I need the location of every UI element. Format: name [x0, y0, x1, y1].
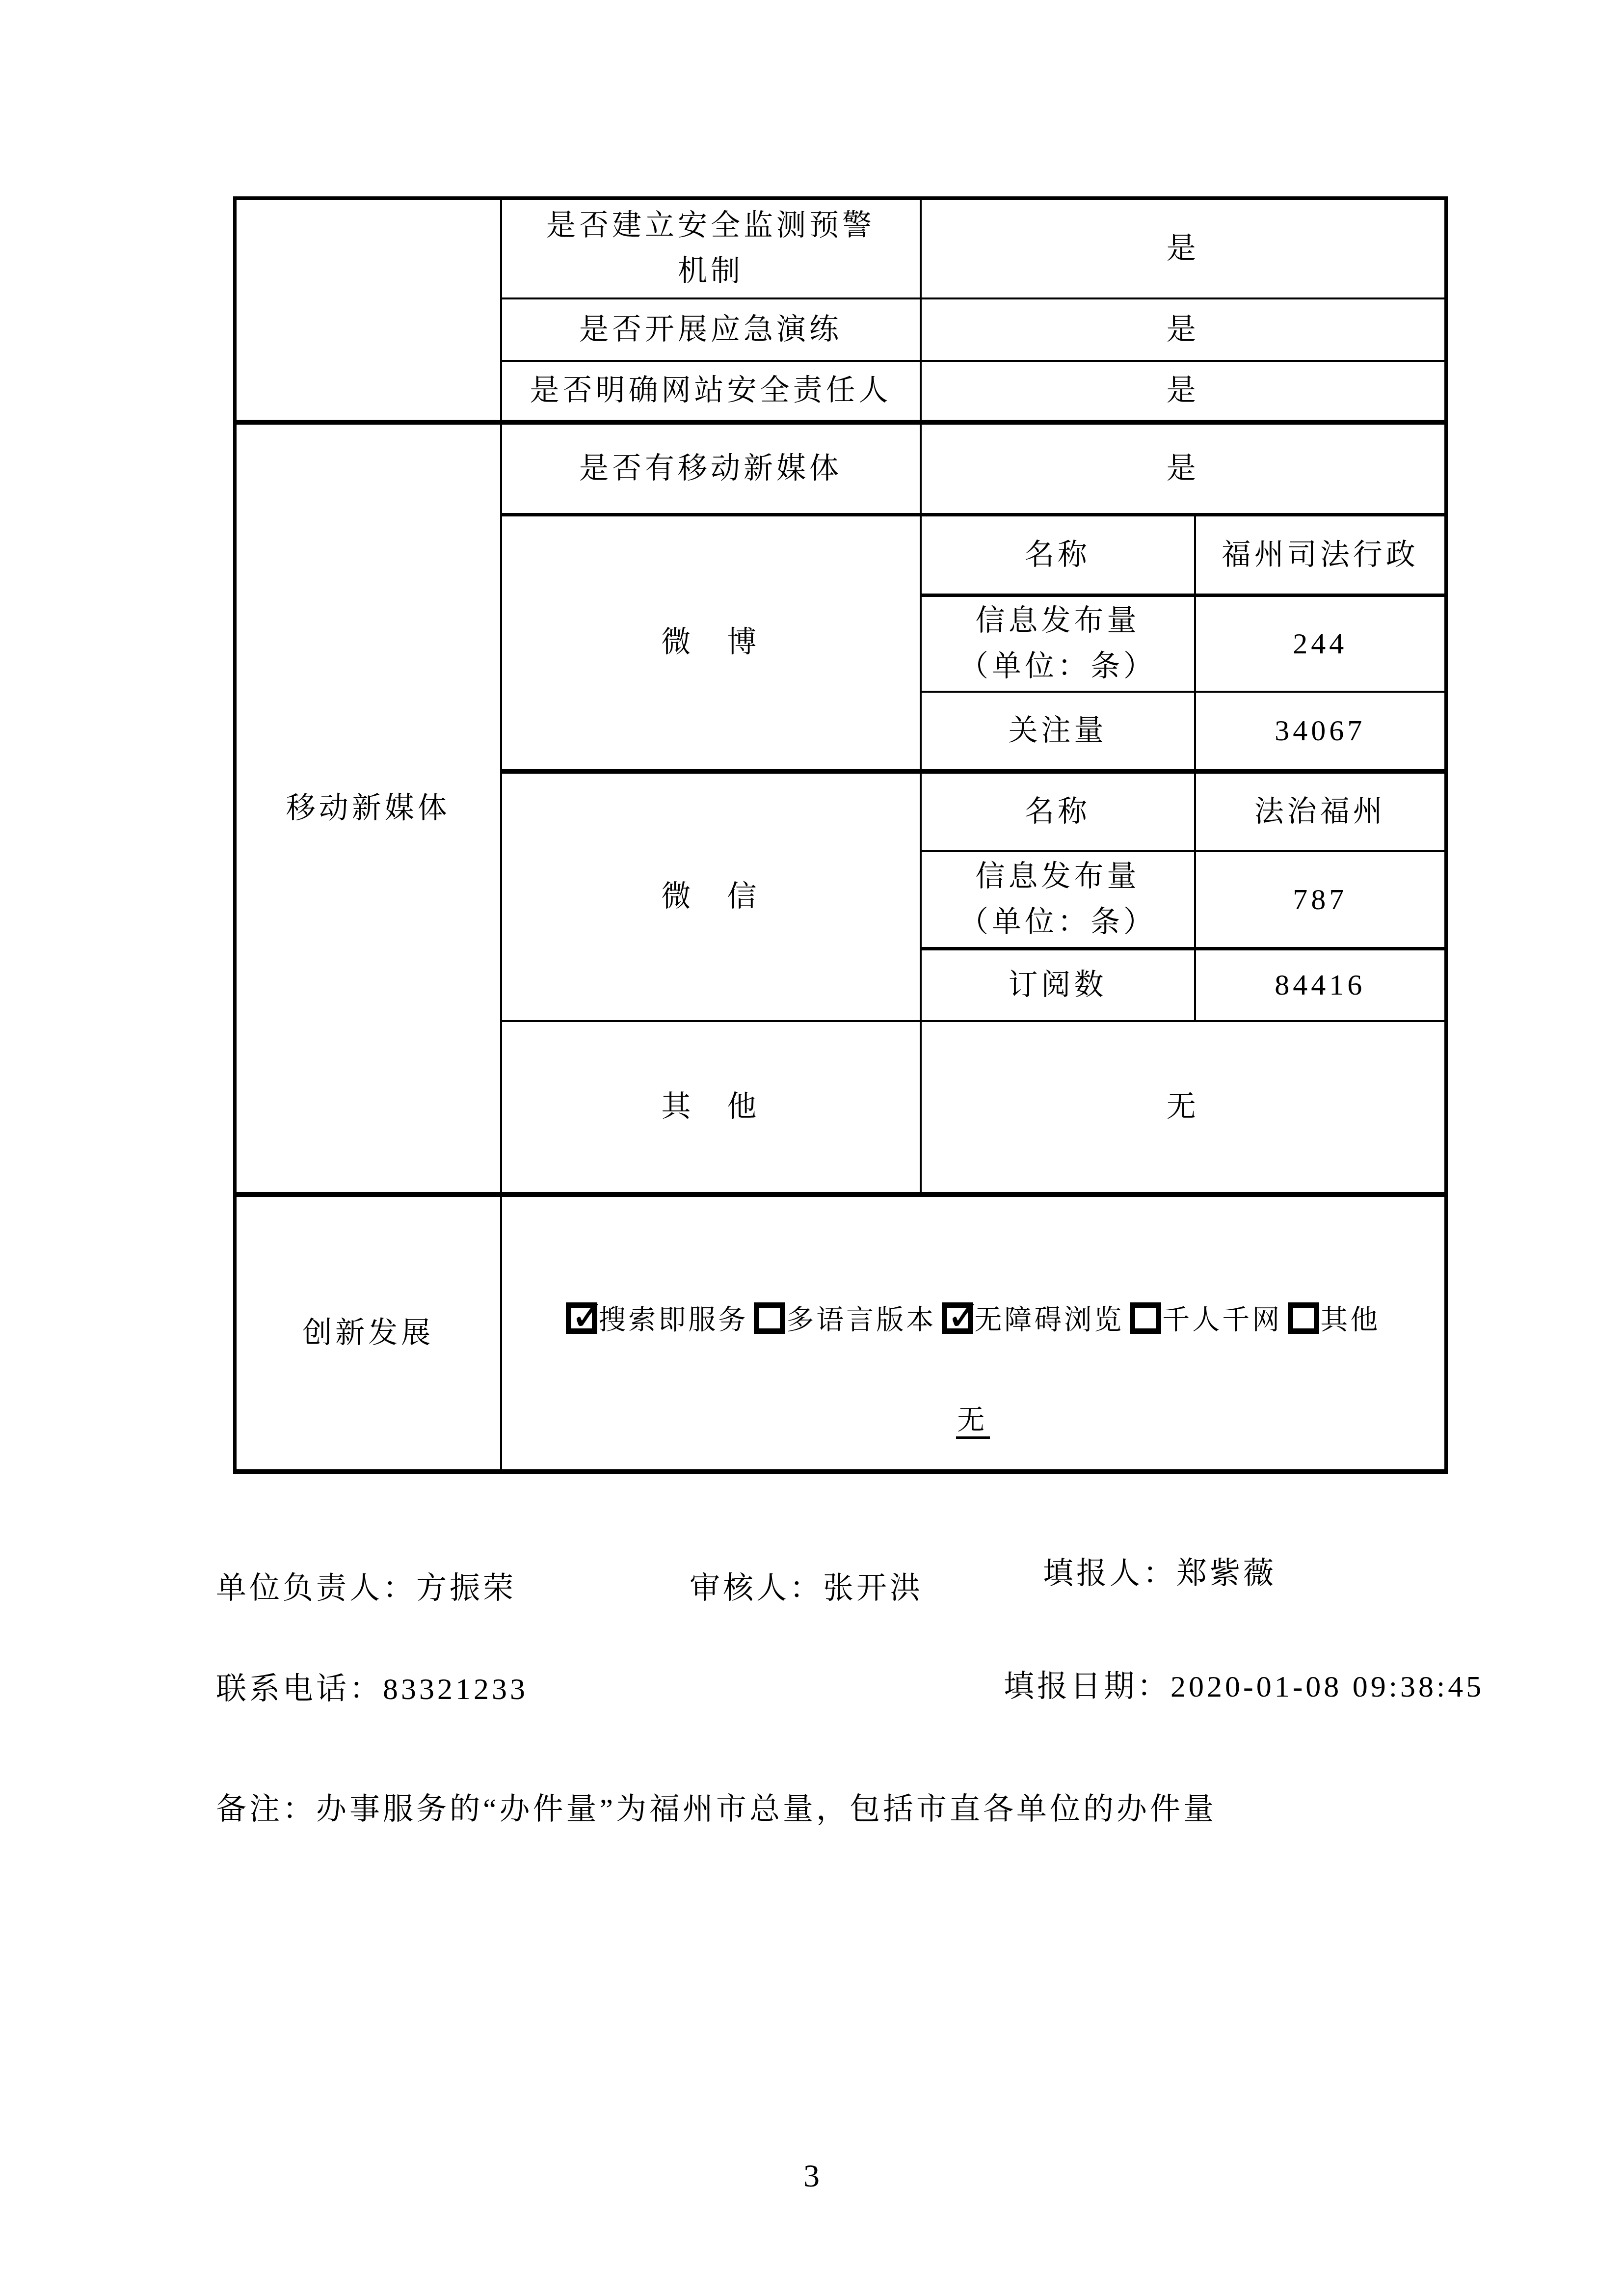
innovation-checkbox-row: ✓搜索即服务多语言版本✓无障碍浏览千人千网其他: [507, 1269, 1440, 1336]
unchecked-checkbox-icon[interactable]: [754, 1302, 785, 1334]
wechat-posts-label: 信息发布量 （单位：条）: [921, 851, 1195, 949]
wechat-name-value: 法治福州: [1195, 771, 1446, 851]
checkbox-tick: ✓: [570, 1291, 605, 1341]
annual-report-table: 是否建立安全监测预警 机制 是 是否开展应急演练 是 是否明确网站安全责任人 是…: [233, 196, 1448, 1474]
innovation-section-label: 创新发展: [235, 1194, 501, 1472]
weibo-posts-value: 244: [1195, 595, 1446, 692]
wechat-subscribers-label: 订阅数: [921, 949, 1195, 1021]
contact-phone-text: 联系电话：83321233: [216, 1664, 528, 1708]
filler-text: 填报人：郑紫薇: [1043, 1549, 1277, 1593]
weibo-name-label: 名称: [921, 515, 1195, 595]
wechat-label-cell: 微 信: [501, 771, 921, 1021]
mobile-media-answer: 是: [921, 422, 1446, 515]
innovation-option-label: 搜索即服务: [598, 1305, 748, 1335]
responsible-person-text: 单位负责人：方振荣: [216, 1564, 516, 1607]
wechat-posts-value: 787: [1195, 851, 1446, 949]
weibo-name-value: 福州司法行政: [1195, 515, 1446, 595]
checkbox-tick: ✓: [946, 1291, 981, 1341]
security-question-drill: 是否开展应急演练: [501, 298, 921, 361]
security-section-label-cell: [235, 198, 501, 422]
other-media-label: 其 他: [501, 1021, 921, 1194]
weibo-followers-value: 34067: [1195, 692, 1446, 771]
reviewer-text: 审核人：张开洪: [690, 1564, 923, 1607]
security-question-responsible: 是否明确网站安全责任人: [501, 361, 921, 422]
innovation-option-label: 千人千网: [1162, 1305, 1282, 1335]
weibo-followers-label: 关注量: [921, 692, 1195, 771]
mobile-media-question: 是否有移动新媒体: [501, 422, 921, 515]
security-question-monitoring: 是否建立安全监测预警 机制: [501, 198, 921, 298]
security-answer-drill: 是: [921, 298, 1446, 361]
other-media-value: 无: [921, 1021, 1446, 1194]
fill-date-text: 填报日期：2020-01-08 09:38:45: [1004, 1662, 1484, 1705]
checked-checkbox-icon[interactable]: ✓: [942, 1302, 973, 1334]
wechat-subscribers-value: 84416: [1195, 949, 1446, 1021]
innovation-option-label: 多语言版本: [786, 1305, 936, 1335]
checked-checkbox-icon[interactable]: ✓: [566, 1302, 597, 1334]
weibo-label-cell: 微 博: [501, 515, 921, 771]
mobile-media-section-label: 移动新媒体: [235, 422, 501, 1194]
page-number: 3: [0, 2158, 1623, 2195]
unchecked-checkbox-icon[interactable]: [1130, 1302, 1161, 1334]
innovation-options-cell: ✓搜索即服务多语言版本✓无障碍浏览千人千网其他 无: [501, 1194, 1446, 1472]
wechat-name-label: 名称: [921, 771, 1195, 851]
security-answer-monitoring: 是: [921, 198, 1446, 298]
weibo-posts-label: 信息发布量 （单位：条）: [921, 595, 1195, 692]
innovation-other-text: 无: [956, 1405, 990, 1439]
innovation-option-label: 无障碍浏览: [974, 1305, 1124, 1335]
note-text: 备注：办事服务的“办件量”为福州市总量，包括市直各单位的办件量: [216, 1784, 1217, 1828]
innovation-option-label: 其他: [1320, 1305, 1380, 1335]
innovation-other-line: 无: [956, 1399, 990, 1442]
unchecked-checkbox-icon[interactable]: [1288, 1302, 1319, 1334]
document-page: { "table": { "security": { "section_labe…: [0, 0, 1623, 2296]
security-answer-responsible: 是: [921, 361, 1446, 422]
